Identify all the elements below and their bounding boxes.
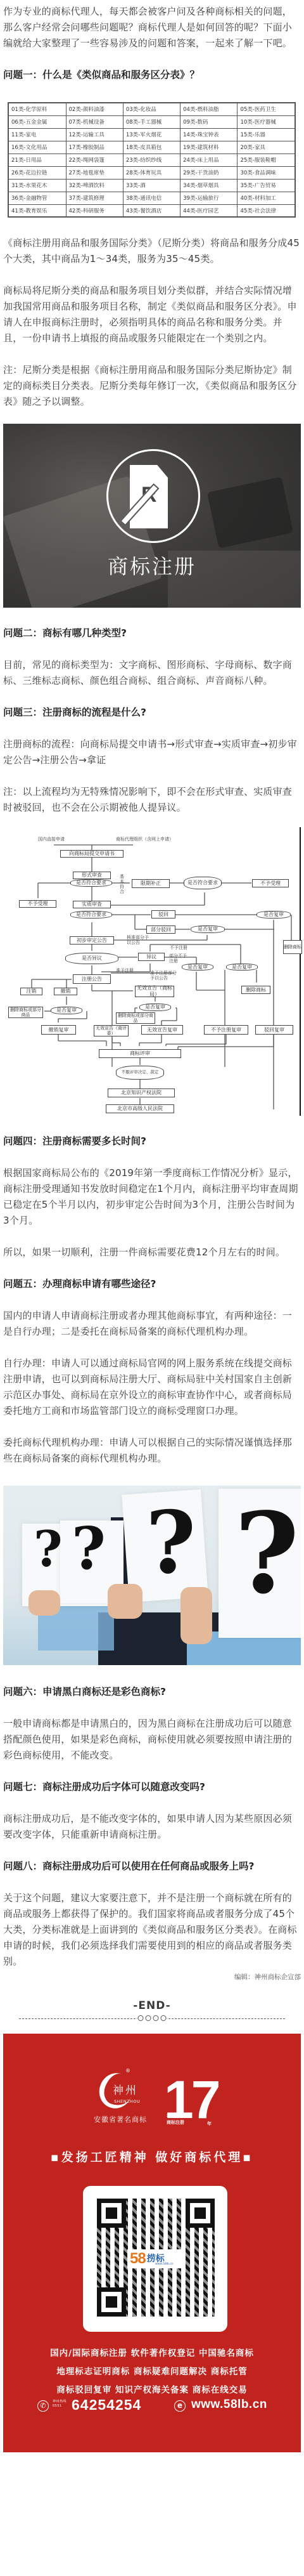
flow-node-delete-2: 删除商标 <box>241 986 270 994</box>
services-line: 地理标志证明商标 商标疑难问题解决 商标托管 <box>3 2363 301 2381</box>
class-table-cell: 36类-金融物管 <box>8 192 66 204</box>
company-banner: ® 神州 SHENZHOU 安徽省著名商标 17 神州专注商标注册 年 ▪发扬工… <box>3 2034 301 2452</box>
q8-paragraph: 关于这个问题，建议大家要注意下，并不是注册一个商标就在所有的商品或服务上都获得了… <box>3 1890 301 1970</box>
trademark-registration-image: R 商标注册 <box>3 424 301 608</box>
question-8-heading: 问题八：商标注册成功后可以使用在任何商品或服务上吗? <box>3 1859 301 1874</box>
class-table-cell: 20类-家具 <box>237 141 295 154</box>
question-mark-icon: ? <box>34 1520 63 1578</box>
class-table-cell: 26类-花边拉链 <box>8 166 66 179</box>
class-table-cell: 33类-酒 <box>123 179 180 192</box>
flow-node-formal: 形式审查 <box>73 872 111 879</box>
q3-note: 注：以上流程均为无特殊情况影响下，即不会在形式审查、实质审查时被驳回，也不会在公… <box>3 784 301 816</box>
q1-paragraph-1: 《商标注册用商品和服务国际分类》（尼斯分类）将商品和服务分成45个大类，其中商品… <box>3 235 301 267</box>
flow-node-part-refuse: 部分驳回 <box>146 925 175 934</box>
focus-line-2: 商标注册 <box>167 2120 184 2125</box>
class-table-row: 16类-文化用品17类-橡胶制品18类-皮具箱包19类-建筑材料20类-家具 <box>8 141 295 154</box>
end-dots-icon <box>137 2015 167 2021</box>
intro-paragraph: 作为专业的商标代理人，每天都会被客户问及各种商标相关的问题，那么客户经常会问哪些… <box>3 0 301 51</box>
class-table-cell: 44类-医疗园艺 <box>180 204 237 217</box>
q2-paragraph: 目前，常见的商标类型为：文字商标、图形商标、字母商标、数字商标、三维标志商标、颜… <box>3 657 301 689</box>
class-table-cell: 23类-纺织纱线 <box>123 154 180 166</box>
class-table-cell: 09类-数码 <box>180 115 237 128</box>
flow-label-basic: 基本符合 <box>120 874 126 894</box>
question-5-heading: 问题五：办理商标申请有哪些途径? <box>3 1276 301 1292</box>
flow-label-part-no-reg: 部分不予注册 <box>169 953 188 964</box>
logo-english-name: SHENZHOU <box>114 2099 140 2104</box>
question-marks-image: ? ? ? ? <box>3 1486 301 1665</box>
flow-node-delete-4: 删除商标或部分商品 <box>116 1012 155 1024</box>
class-table-cell: 08类-手工器械 <box>123 115 180 128</box>
qr-finder-icon <box>97 2199 126 2228</box>
flow-node-cancel-2: 撤销 <box>54 988 77 995</box>
slogan: ▪发扬工匠精神 做好商标代理▪ <box>3 2148 301 2165</box>
website-link[interactable]: www.58lb.cn <box>191 2398 267 2412</box>
flow-node-correct-ok: 是否符合要求 <box>184 877 222 889</box>
qr-brand-url: www.58lb.cn <box>155 2263 174 2266</box>
question-mark-icon: ? <box>234 1489 300 1619</box>
hero-caption: 商标注册 <box>3 551 301 580</box>
flow-node-objection-q: 是否异议 <box>65 953 118 964</box>
flow-label-allow-part: 准予注册部分予以公告 <box>150 971 177 981</box>
class-table-cell: 24类-床上用品 <box>180 154 237 166</box>
flow-node-delete-3: 删除商标或部分商品 <box>8 1007 43 1018</box>
services-line: 商标驳回复审 知识产权海关备案 商标在线交易 <box>3 2381 301 2400</box>
q6-paragraph: 一般申请商标都是申请黑白的，因为黑白商标在注册成功后可以随意搭配颜色使用，如果是… <box>3 1716 301 1763</box>
flow-node-reject-2: 不予受理 <box>252 879 289 887</box>
flow-label-approve-part: 核准部分予以公告 <box>127 935 152 945</box>
class-table-row: 36类-金融物管37类-建筑修理38类-通讯电信39类-运输旅行40类-材料加工 <box>8 192 295 204</box>
question-1-heading: 问题一：什么是《类似商品和服务区分表》？ <box>3 67 301 83</box>
flow-node-review-q5: 是否复审 <box>51 1007 82 1014</box>
class-table-cell: 04类-燃料油脂 <box>180 103 237 115</box>
flow-node-disagree: 不服评审决定、裁定 <box>116 1066 164 1080</box>
class-table-cell: 15类-乐器 <box>237 128 295 141</box>
flow-node-delete-1: 删除商标 <box>283 940 302 954</box>
logo-chinese-name: 神州 <box>113 2081 138 2097</box>
qr-brand-logo: 58 捞标 www.58lb.cn <box>127 2249 186 2268</box>
flow-label-no-reg: 不予注册 <box>170 945 187 951</box>
registration-flowchart: 国内直接申请 商标代理组织（含网上申请） 向商标局提交申请书 形式审查 是否符合… <box>3 827 301 1116</box>
contact-row: ✆ 神州热线0551 64254254 e www.58lb.cn <box>3 2399 301 2418</box>
class-table-cell: 01类-化学原料 <box>8 103 66 115</box>
class-table-cell: 30类-食品调味 <box>237 166 295 179</box>
class-table-cell: 17类-橡胶制品 <box>66 141 123 154</box>
flow-node-review-q6: 是否复审 <box>139 1004 171 1011</box>
class-table-cell: 18类-皮具箱包 <box>123 141 180 154</box>
q1-paragraph-2: 商标局将尼斯分类的商品和服务项目划分类似群，并结合实际情况增加我国常用商品和服务… <box>3 283 301 346</box>
flow-node-noreg-review: 不予注册复审 <box>204 1025 248 1035</box>
flow-label-agency: 商标代理组织（含网上申请） <box>116 836 174 842</box>
class-table-cell: 31类-水果花木 <box>8 179 66 192</box>
q7-paragraph: 商标注册成功后，是不能改变字体的，如果申请人因为某些原因必须要改变字体，只能重新… <box>3 1811 301 1843</box>
class-table-cell: 21类-日用品 <box>8 154 66 166</box>
qr-brand-number: 58 <box>130 2250 146 2268</box>
class-table-cell: 25类-服装鞋帽 <box>237 154 295 166</box>
flow-label-allow-reg: 准予注册 <box>116 967 134 974</box>
editor-credit: 编辑：神州商标企宣部 <box>3 1972 301 1982</box>
q1-note: 注：尼斯分类是根据《商标注册用商品和服务国际分类尼斯协定》制定的商标类目分类表。… <box>3 362 301 410</box>
flow-node-invalid-tmo: 无效宣告（商标局） <box>135 986 174 997</box>
flow-node-ip-court: 北京知识产权法院 <box>108 1089 175 1097</box>
flow-node-submit: 向商标局提交申请书 <box>60 850 123 858</box>
qr-code-card[interactable]: 58 捞标 www.58lb.cn <box>83 2186 227 2332</box>
flow-node-refuse: 驳回 <box>151 910 175 919</box>
q3-paragraph: 注册商标的流程：向商标局提交申请书→形式审查→实质审查→初步审定公告→注册公告→… <box>3 736 301 768</box>
qr-brand-name: 捞标 <box>147 2254 165 2263</box>
q5-paragraph-2: 自行办理：申请人可以通过商标局官网的网上服务系统在线提交商标注册申请，也可以到商… <box>3 1356 301 1419</box>
question-6-heading: 问题六：申请黑白商标还是彩色商标? <box>3 1684 301 1700</box>
q5-paragraph-1: 国内的申请人申请商标注册或者办理其他商标事宜，有两种途径：一是自行办理；二是委托… <box>3 1308 301 1340</box>
flow-node-cancel-1: 注销 <box>20 988 42 995</box>
class-table-cell: 27类-地毯席垫 <box>66 166 123 179</box>
hotline-area-code: 0551 <box>53 2404 62 2408</box>
question-7-heading: 问题七：商标注册成功后字体可以随意改变吗? <box>3 1779 301 1795</box>
question-mark-icon: ? <box>146 1492 196 1593</box>
class-table-cell: 12类-运输工具 <box>66 128 123 141</box>
web-icon: e <box>174 2400 186 2412</box>
years-unit: 年 <box>207 2121 212 2127</box>
question-2-heading: 问题二：商标有哪几种类型? <box>3 625 301 641</box>
class-table-cell: 29类-干货油奶 <box>180 166 237 179</box>
class-table-cell: 35类-广告贸易 <box>237 179 295 192</box>
phone-number[interactable]: 64254254 <box>72 2396 141 2414</box>
class-table-cell: 19类-建筑材料 <box>180 141 237 154</box>
class-table-cell: 05类-医药卫生 <box>237 103 295 115</box>
flow-node-reg-notice: 注册公告 <box>73 974 111 984</box>
class-table-row: 26类-花边拉链27类-地毯席垫28类-体育玩具29类-干货油奶30类-食品调味 <box>8 166 295 179</box>
flow-label-direct: 国内直接申请 <box>38 836 65 842</box>
q4-paragraph-1: 根据国家商标局公布的《2019年第一季度商标工作情况分析》显示，商标注册受理通知… <box>3 1165 301 1229</box>
logo-subtitle: 安徽省著名商标 <box>94 2114 147 2124</box>
class-table-cell: 14类-珠宝钟表 <box>180 128 237 141</box>
focus-line-1: 神州专注 <box>167 2114 184 2119</box>
flow-node-objection: 异议 <box>138 953 165 961</box>
class-table-cell: 13类-军火烟花 <box>123 128 180 141</box>
class-table-cell: 02类-颜料油漆 <box>66 103 123 115</box>
registered-mark: ® <box>125 2068 130 2074</box>
class-table-cell: 43类-餐饮酒店 <box>123 204 180 217</box>
class-table-cell: 42类-科研服务 <box>66 204 123 217</box>
flow-node-invalid-trab: 无效宣告（商评委） <box>94 1025 129 1036</box>
class-table: 01类-化学原料02类-颜料油漆03类-化妆品04类-燃料油脂05类-医药卫生0… <box>8 102 296 218</box>
class-table-cell: 45类-社会法律 <box>237 204 295 217</box>
class-table-row: 06类-五金金属07类-机械设备08类-手工器械09类-数码10类-医疗器械 <box>8 115 295 128</box>
flow-node-substantive: 实质审查 <box>73 901 111 908</box>
class-table-cell: 07类-机械设备 <box>66 115 123 128</box>
class-table-cell: 10类-医疗器械 <box>237 115 295 128</box>
class-table-cell: 38类-通讯电信 <box>123 192 180 204</box>
class-table-image: 01类-化学原料02类-颜料油漆03类-化妆品04类-燃料油脂05类-医药卫生0… <box>3 97 301 218</box>
class-table-row: 41类-教育娱乐42类-科研服务43类-餐饮酒店44类-医疗园艺45类-社会法律 <box>8 204 295 217</box>
class-table-cell: 03类-化妆品 <box>123 103 180 115</box>
qr-code[interactable]: 58 捞标 www.58lb.cn <box>97 2199 215 2317</box>
flow-node-prelim: 初步审定公告 <box>70 936 114 945</box>
flow-node-refuse-review: 驳回复审 <box>255 1025 293 1035</box>
phone-icon: ✆ <box>37 2400 49 2412</box>
services-list: 国内/国际商标注册 软件著作权登记 中国驰名商标 地理标志证明商标 商标疑难问题… <box>3 2344 301 2400</box>
focus-text: 神州专注商标注册 <box>167 2113 184 2126</box>
flow-node-subst-ok: 是否符合要求 <box>70 911 112 919</box>
class-table-cell: 16类-文化用品 <box>8 141 66 154</box>
class-table-row: 31类-水果花木32类-啤酒饮料33类-酒34类-烟草烟具35类-广告贸易 <box>8 179 295 192</box>
flow-node-invalid-review: 无效宣告复审 <box>141 1025 183 1035</box>
q4-paragraph-2: 所以，如果一切顺利，注册一件商标需要花费12个月左右的时间。 <box>3 1245 301 1260</box>
class-table-row: 11类-家电12类-运输工具13类-军火烟花14类-珠宝钟表15类-乐器 <box>8 128 295 141</box>
q5-paragraph-3: 委托商标代理机构办理：申请人可以根据自己的实际情况谨慎选择那些在商标局备案的商标… <box>3 1435 301 1467</box>
qr-finder-icon <box>97 2287 126 2317</box>
class-table-cell: 41类-教育娱乐 <box>8 204 66 217</box>
flow-node-review-q1: 是否复审 <box>256 911 291 919</box>
flow-node-cancel-review: 撤销复审 <box>41 1025 76 1035</box>
flow-node-formal-ok: 是否符合要求 <box>70 879 112 887</box>
class-table-cell: 39类-运输旅行 <box>180 192 237 204</box>
question-3-heading: 问题三：注册商标的流程是什么? <box>3 705 301 721</box>
hotline-label-1: 神州热线 <box>53 2400 66 2403</box>
services-line: 国内/国际商标注册 软件著作权登记 中国驰名商标 <box>3 2344 301 2363</box>
end-divider <box>19 2018 285 2027</box>
class-table-cell: 28类-体育玩具 <box>123 166 180 179</box>
class-table-cell: 32类-啤酒饮料 <box>66 179 123 192</box>
flow-node-reject-1: 不予受理 <box>19 900 56 908</box>
flow-node-review-q4: 是否复审 <box>226 964 258 971</box>
class-table-cell: 40类-材料加工 <box>237 192 295 204</box>
flow-node-review-q3: 是否复审 <box>182 964 213 971</box>
class-table-cell: 34类-烟草烟具 <box>180 179 237 192</box>
article: 作为专业的商标代理人，每天都会被客户问及各种商标相关的问题，那么客户经常会问哪些… <box>0 0 304 2459</box>
class-table-cell: 22类-绳网袋篷 <box>66 154 123 166</box>
end-marker: -END- <box>3 1999 301 2012</box>
qr-finder-icon <box>186 2199 215 2228</box>
flow-node-high-court: 北京市高级人民法院 <box>106 1104 174 1113</box>
flow-node-review-q2: 是否复审 <box>191 925 225 933</box>
question-mark-icon: ? <box>72 1514 106 1583</box>
flow-node-correct: 限期补正 <box>132 879 170 888</box>
question-4-heading: 问题四：注册商标需要多长时间? <box>3 1134 301 1149</box>
hotline-label: 神州热线0551 <box>53 2400 66 2409</box>
class-table-row: 21类-日用品22类-绳网袋篷23类-纺织纱线24类-床上用品25类-服装鞋帽 <box>8 154 295 166</box>
flow-node-trab: 商标评审 <box>99 1049 181 1058</box>
class-table-row: 01类-化学原料02类-颜料油漆03类-化妆品04类-燃料油脂05类-医药卫生 <box>8 103 295 115</box>
class-table-cell: 37类-建筑修理 <box>66 192 123 204</box>
class-table-cell: 11类-家电 <box>8 128 66 141</box>
class-table-cell: 06类-五金金属 <box>8 115 66 128</box>
